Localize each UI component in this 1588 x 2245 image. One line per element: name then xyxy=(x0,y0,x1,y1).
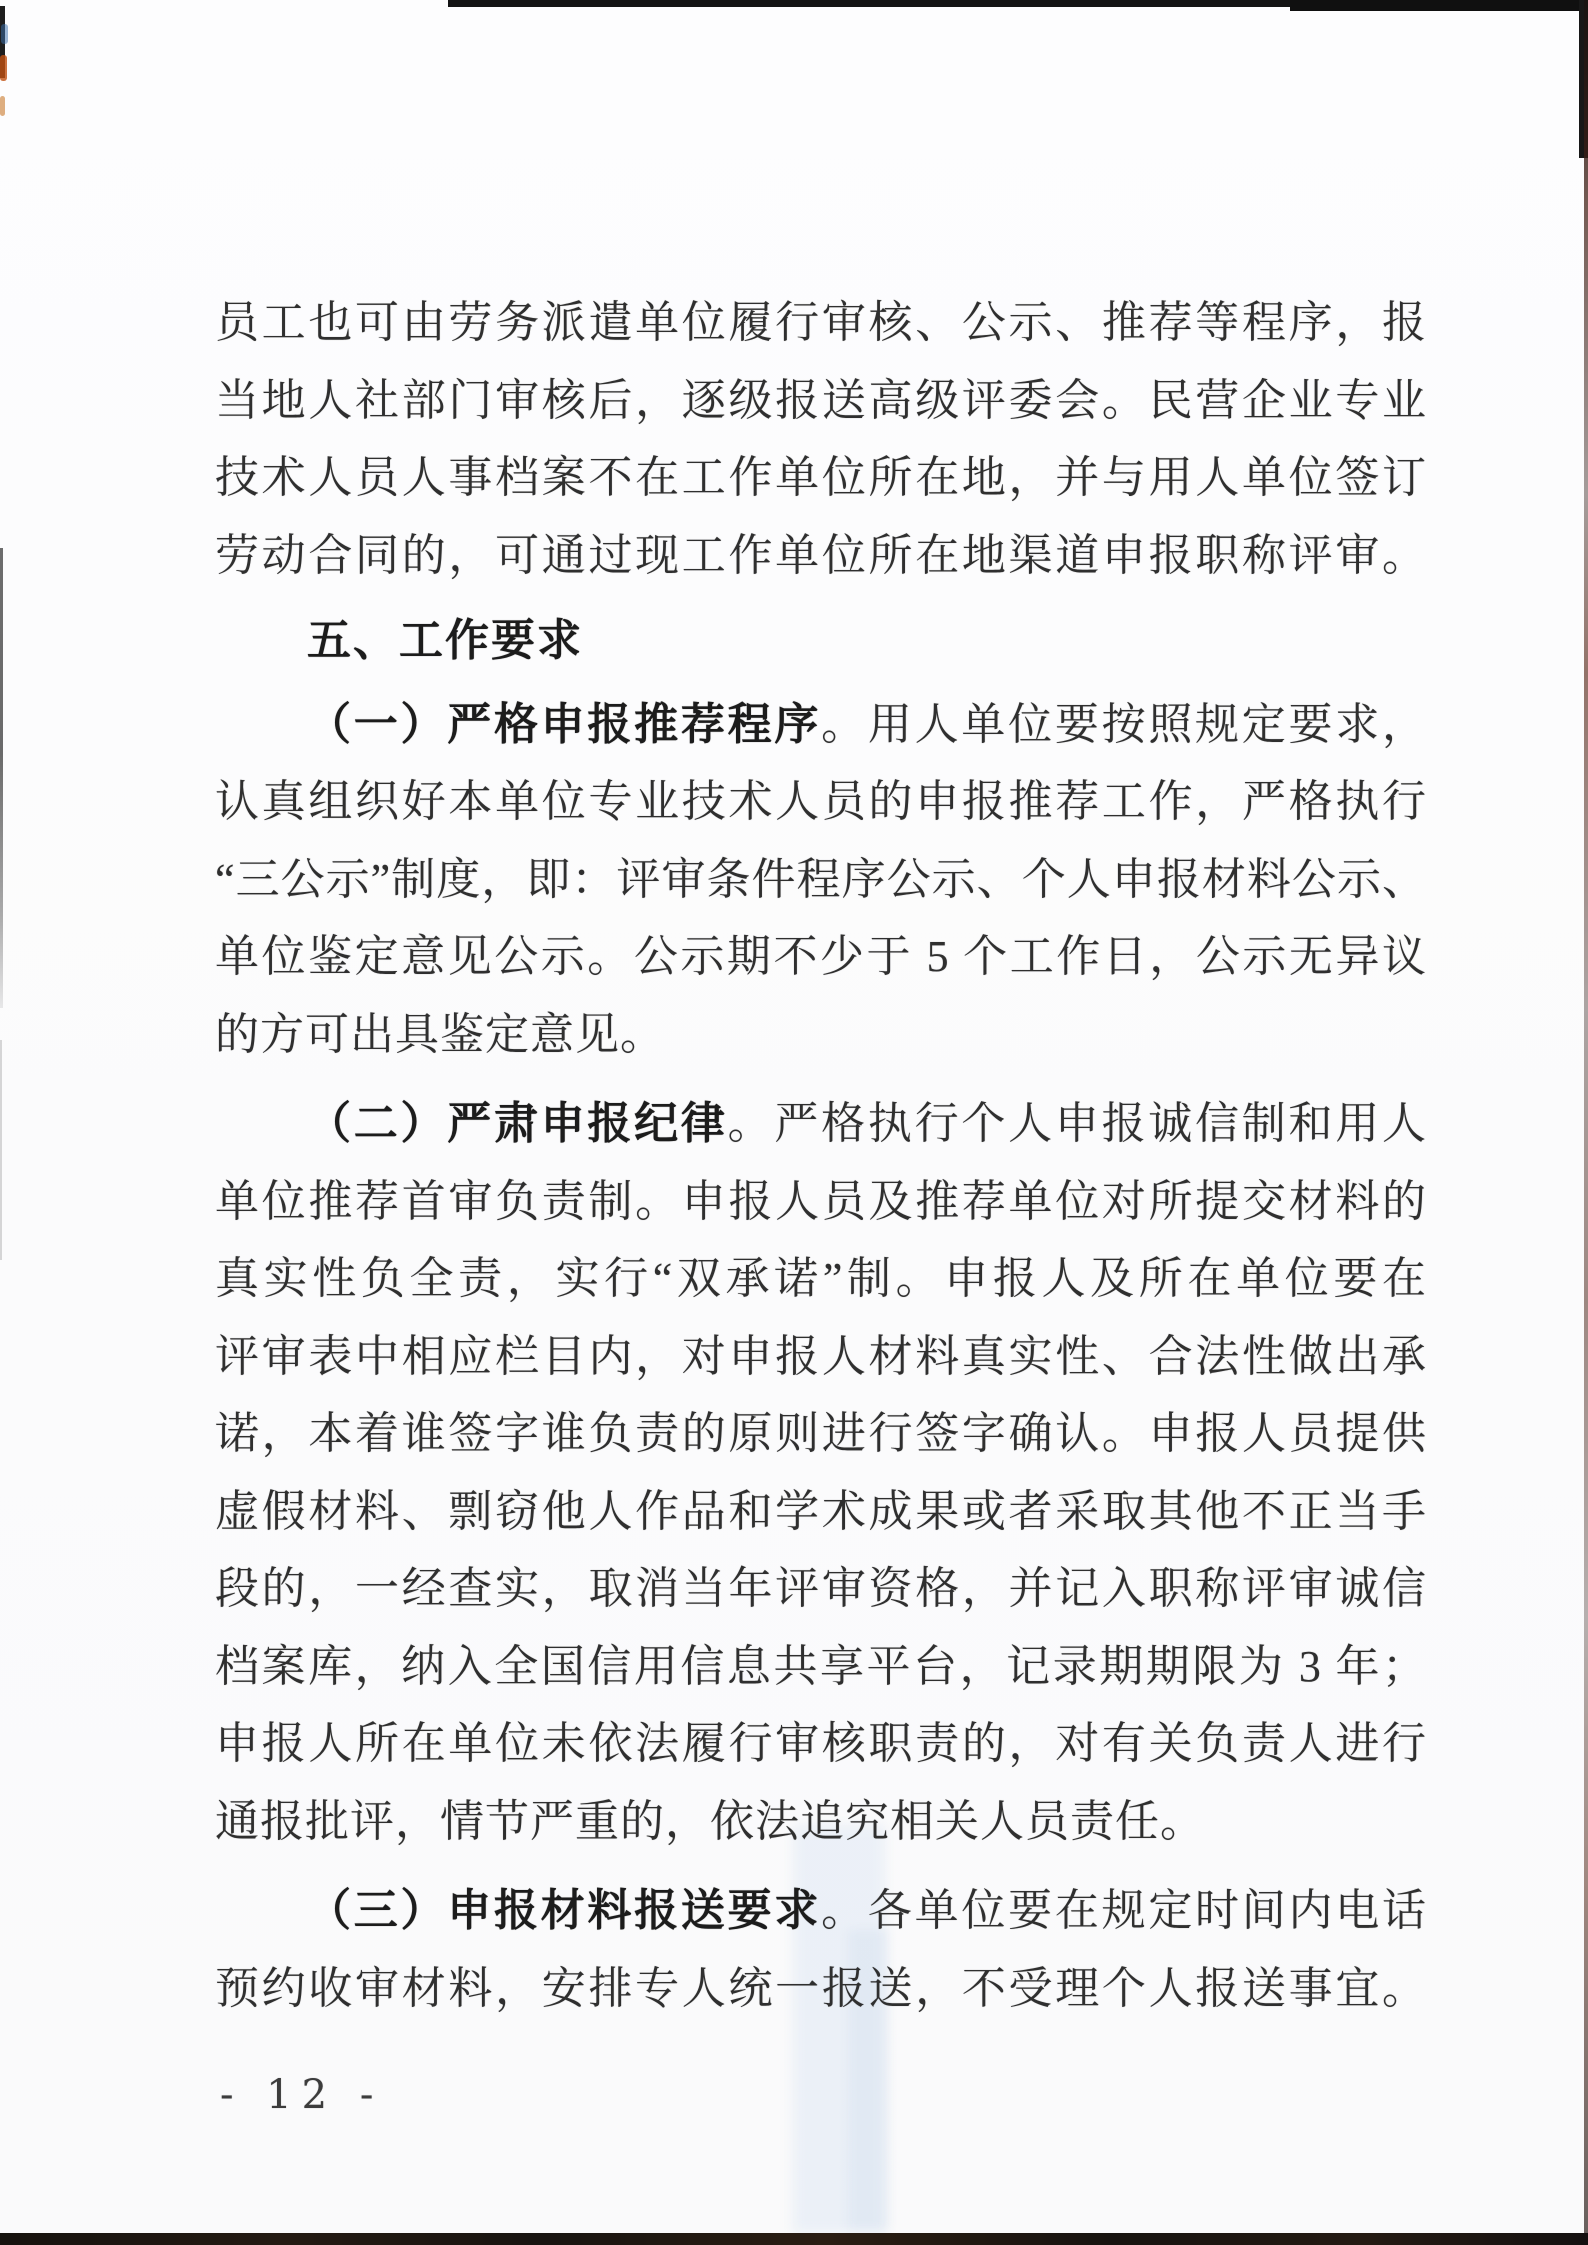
text-line: 预约收审材料，安排专人统一报送，不受理个人报送事宜。 xyxy=(215,1950,1427,2028)
paragraph-lead-rest: 。用人单位要按照规定要求， xyxy=(821,700,1427,749)
text-line: 认真组织好本单位专业技术人员的申报推荐工作，严格执行 xyxy=(215,763,1427,841)
text-line: 段的，一经查实，取消当年评审资格，并记入职称评审诚信 xyxy=(215,1550,1427,1628)
text-line: 虚假材料、剽窃他人作品和学术成果或者采取其他不正当手 xyxy=(215,1473,1427,1551)
scan-artifact-top-bar-right xyxy=(1290,0,1588,11)
text-line: 单位鉴定意见公示。公示期不少于 5 个工作日，公示无异议 xyxy=(215,918,1427,996)
text-line: 的方可出具鉴定意见。 xyxy=(215,996,1427,1074)
text-block: 员工也可由劳务派遣单位履行审核、公示、推荐等程序，报 当地人社部门审核后，逐级报… xyxy=(215,284,1427,2027)
scan-artifact-right-line xyxy=(1584,0,1588,2245)
paragraph-first-line: （三）申报材料报送要求。各单位要在规定时间内电话 xyxy=(215,1872,1427,1950)
scan-artifact-left-orange xyxy=(0,55,7,81)
document-page: 员工也可由劳务派遣单位履行审核、公示、推荐等程序，报 当地人社部门审核后，逐级报… xyxy=(0,0,1588,2245)
section-heading: 五、工作要求 xyxy=(215,602,1427,680)
scan-artifact-left-blue xyxy=(1,24,8,44)
text-line: 档案库，纳入全国信用信息共享平台，记录期期限为 3 年； xyxy=(215,1628,1427,1706)
scan-artifact-left-line-faint xyxy=(0,1040,2,1260)
paragraph-first-line: （一）严格申报推荐程序。用人单位要按照规定要求， xyxy=(215,686,1427,764)
text-line: 通报批评，情节严重的，依法追究相关人员责任。 xyxy=(215,1783,1427,1861)
text-line: 单位推荐首审负责制。申报人员及推荐单位对所提交材料的 xyxy=(215,1163,1427,1241)
paragraph-lead-rest: 。各单位要在规定时间内电话 xyxy=(821,1886,1427,1935)
paragraph-lead: （二）严肃申报纪律 xyxy=(307,1099,728,1148)
scan-artifact-right-strip xyxy=(1579,0,1588,158)
scan-artifact-top-bar xyxy=(448,0,1588,7)
paragraph-first-line: （二）严肃申报纪律。严格执行个人申报诚信制和用人 xyxy=(215,1085,1427,1163)
scan-artifact-left-orange-2 xyxy=(0,96,5,116)
text-line: 申报人所在单位未依法履行审核职责的，对有关负责人进行 xyxy=(215,1705,1427,1783)
paragraph-lead: （三）申报材料报送要求 xyxy=(307,1886,821,1935)
page-number: - 12 - xyxy=(220,2072,383,2118)
text-line: 当地人社部门审核后，逐级报送高级评委会。民营企业专业 xyxy=(215,362,1427,440)
text-line: 诺，本着谁签字谁负责的原则进行签字确认。申报人员提供 xyxy=(215,1395,1427,1473)
text-line: 员工也可由劳务派遣单位履行审核、公示、推荐等程序，报 xyxy=(215,284,1427,362)
text-line: 劳动合同的，可通过现工作单位所在地渠道申报职称评审。 xyxy=(215,517,1427,595)
text-line: 评审表中相应栏目内，对申报人材料真实性、合法性做出承 xyxy=(215,1318,1427,1396)
scan-artifact-bottom-bar xyxy=(0,2233,1588,2245)
paragraph-lead: （一）严格申报推荐程序 xyxy=(307,700,821,749)
scan-artifact-left-line xyxy=(0,548,3,1008)
paragraph-lead-rest: 。严格执行个人申报诚信制和用人 xyxy=(728,1099,1427,1148)
text-line: 技术人员人事档案不在工作单位所在地，并与用人单位签订 xyxy=(215,439,1427,517)
text-line: 真实性负全责，实行“双承诺”制。申报人及所在单位要在 xyxy=(215,1240,1427,1318)
text-line: “三公示”制度，即：评审条件程序公示、个人申报材料公示、 xyxy=(215,841,1427,919)
scan-artifact-left-dark xyxy=(0,6,5,78)
